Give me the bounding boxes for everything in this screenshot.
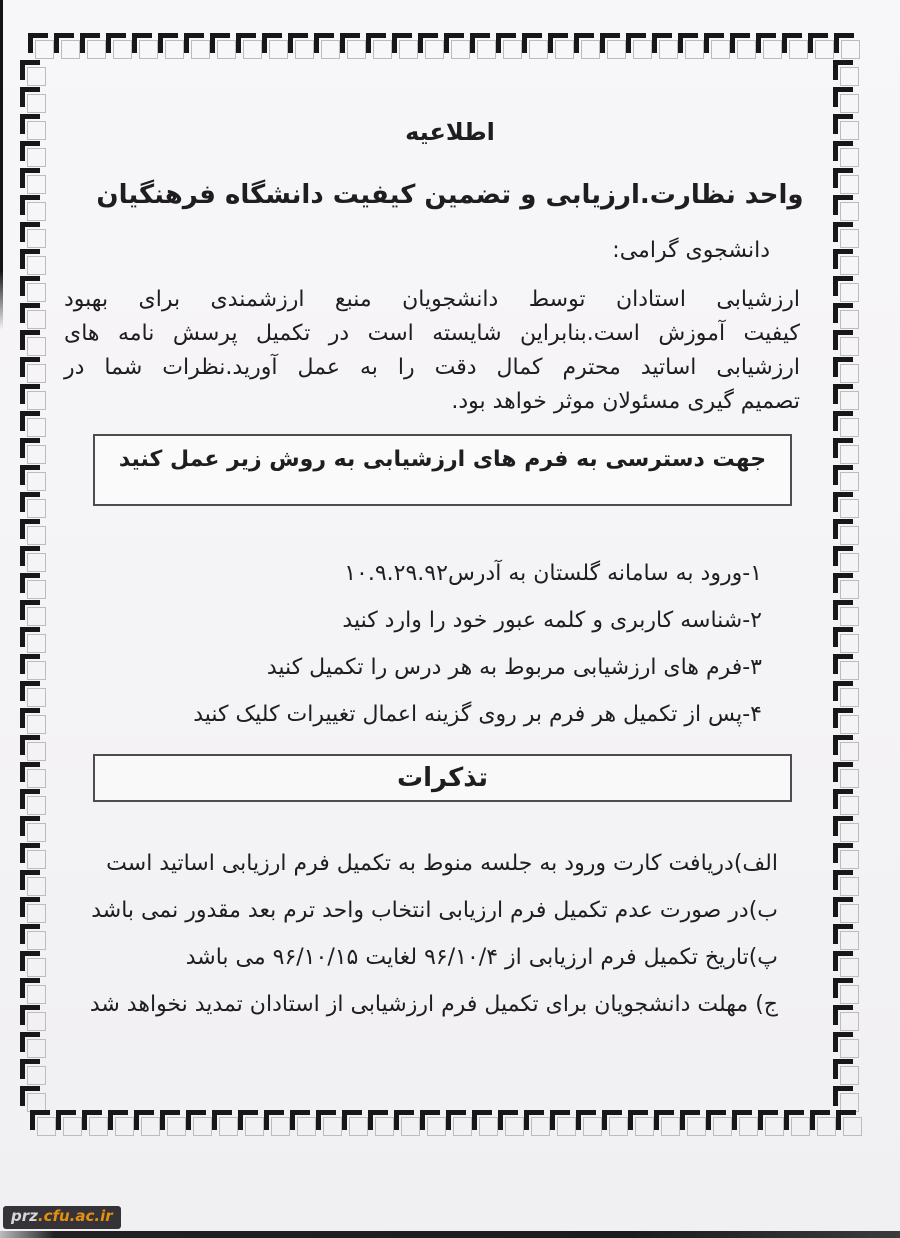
remark-item: پ)تاریخ تکمیل فرم ارزیابی از ۹۶/۱۰/۴ لغا… <box>70 942 778 973</box>
remark-item: الف)دریافت کارت ورود به جلسه منوط به تکم… <box>70 848 778 879</box>
remarks-box: تذکرات <box>93 754 792 802</box>
remarks-title: تذکرات <box>397 763 488 793</box>
step-item: ۱-ورود به سامانه گلستان به آدرس۱۰.۹.۲۹.۹… <box>70 558 762 589</box>
access-instructions-box: جهت دسترسی به فرم های ارزشیابی به روش زی… <box>93 434 792 506</box>
intro-line: کیفیت آموزش است.بنابراین شایسته است در ت… <box>64 317 800 351</box>
salutation: دانشجوی گرامی: <box>612 238 770 263</box>
notice-title: اطلاعیه <box>60 118 840 146</box>
intro-paragraph: ارزشیابی استادان توسط دانشجویان منبع ارز… <box>64 283 800 419</box>
watermark-domain: .cfu.ac.ir <box>38 1207 113 1225</box>
step-item: ۲-شناسه کاربری و کلمه عبور خود را وارد ک… <box>70 605 762 636</box>
remarks-list: الف)دریافت کارت ورود به جلسه منوط به تکم… <box>70 848 778 1036</box>
intro-line: تصمیم گیری مسئولان موثر خواهد بود. <box>64 385 800 419</box>
scanned-notice-page: اطلاعیه واحد نظارت.ارزیابی و تضمین کیفیت… <box>0 0 900 1238</box>
notice-issuer: واحد نظارت.ارزیابی و تضمین کیفیت دانشگاه… <box>60 180 840 210</box>
watermark-prefix: prz <box>11 1207 38 1225</box>
steps-list: ۱-ورود به سامانه گلستان به آدرس۱۰.۹.۲۹.۹… <box>70 558 762 746</box>
step-item: ۳-فرم های ارزشیابی مربوط به هر درس را تک… <box>70 652 762 683</box>
remark-item: ج) مهلت دانشجویان برای تکمیل فرم ارزشیاب… <box>70 989 778 1020</box>
site-watermark: prz.cfu.ac.ir <box>3 1206 121 1229</box>
intro-line: ارزشیابی استادان توسط دانشجویان منبع ارز… <box>64 283 800 317</box>
notice-content: اطلاعیه واحد نظارت.ارزیابی و تضمین کیفیت… <box>0 0 900 1238</box>
remark-item: ب)در صورت عدم تکمیل فرم ارزیابی انتخاب و… <box>70 895 778 926</box>
step-item: ۴-پس از تکمیل هر فرم بر روی گزینه اعمال … <box>70 699 762 730</box>
access-instructions-title: جهت دسترسی به فرم های ارزشیابی به روش زی… <box>95 447 790 472</box>
intro-line: ارزشیابی اساتید محترم کمال دقت را به عمل… <box>64 351 800 385</box>
